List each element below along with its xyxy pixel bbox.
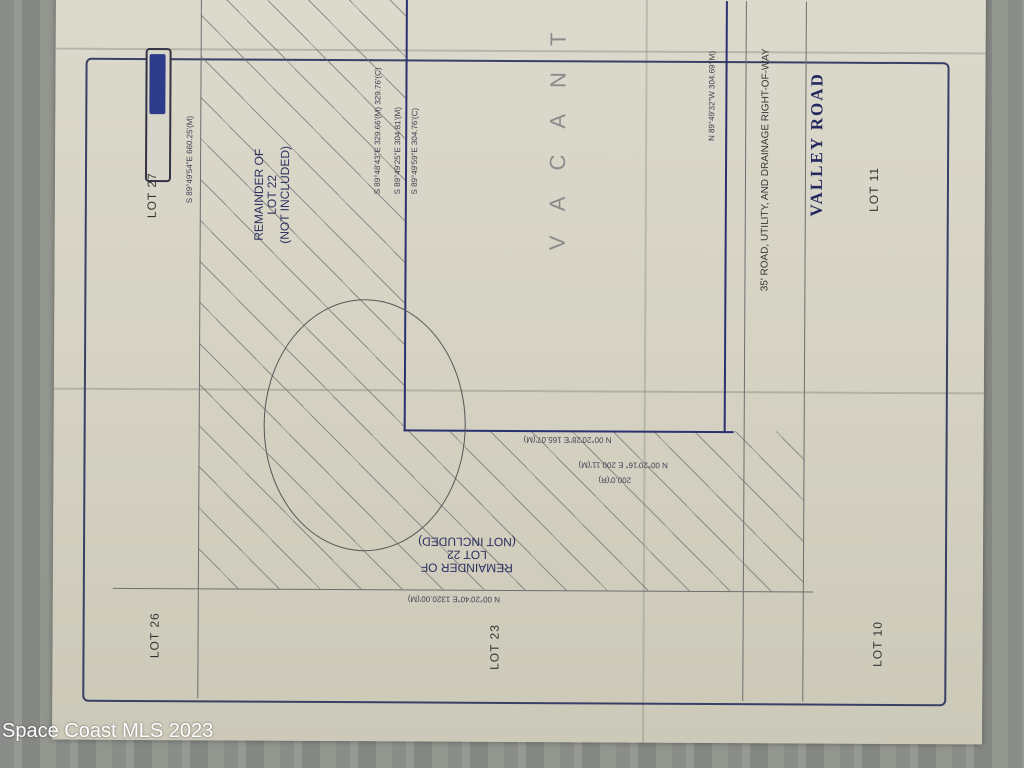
- easement-note: 35' ROAD, UTILITY, AND DRAINAGE RIGHT-OF…: [759, 48, 771, 291]
- lot-11-label: LOT 11: [867, 167, 881, 212]
- surveyor-stamp: [145, 48, 172, 182]
- bearing-label: N 89°49'32"W 304.69'(M): [707, 51, 716, 141]
- vacant-label: VACANT: [545, 7, 572, 251]
- lot-23-label: LOT 23: [487, 624, 501, 670]
- bearing-label: S 89°49'59"E 304.76'(C): [410, 108, 419, 195]
- lot-26-label: LOT 26: [147, 612, 161, 658]
- bearing-label: S 89°49'54"E 660.25'(M): [185, 116, 194, 203]
- remainder-lot-22-top: REMAINDER OF LOT 22 (NOT INCLUDED): [253, 146, 293, 244]
- paper-fold: [56, 48, 986, 55]
- bearing-label: 200.0'(R): [598, 475, 631, 484]
- survey-plat-paper: LOT 27 LOT 26 LOT 23 LOT 11 LOT 10 REMAI…: [52, 0, 986, 744]
- valley-road-label: VALLEY ROAD: [807, 72, 828, 216]
- remainder-lot-22-bottom: REMAINDER OF LOT 22 (NOT INCLUDED): [418, 534, 516, 574]
- remainder-line: (NOT INCLUDED): [279, 146, 293, 244]
- bearing-label: N 00°20'28"E 165.07'(M): [524, 435, 612, 444]
- bearing-label: S 89°48'43"E 329.66'(M) 329.76'(C): [373, 68, 383, 195]
- bearing-label: S 89°49'25"E 304.81'(M): [393, 107, 402, 194]
- lot-27-label: LOT 27: [145, 172, 159, 218]
- remainder-line: LOT 22: [418, 547, 516, 561]
- lot-10-label: LOT 10: [870, 621, 884, 667]
- bearing-label: N 00°20'16" E 200.11'(M): [578, 460, 667, 469]
- surveyor-logo-icon: [149, 54, 165, 114]
- remainder-line: (NOT INCLUDED): [418, 534, 516, 548]
- remainder-line: REMAINDER OF: [418, 560, 516, 574]
- mls-watermark: Space Coast MLS 2023: [2, 720, 213, 743]
- arc-curve: [263, 299, 466, 552]
- bearing-label: N 00°20'40"E 1320.00'(M): [408, 594, 500, 603]
